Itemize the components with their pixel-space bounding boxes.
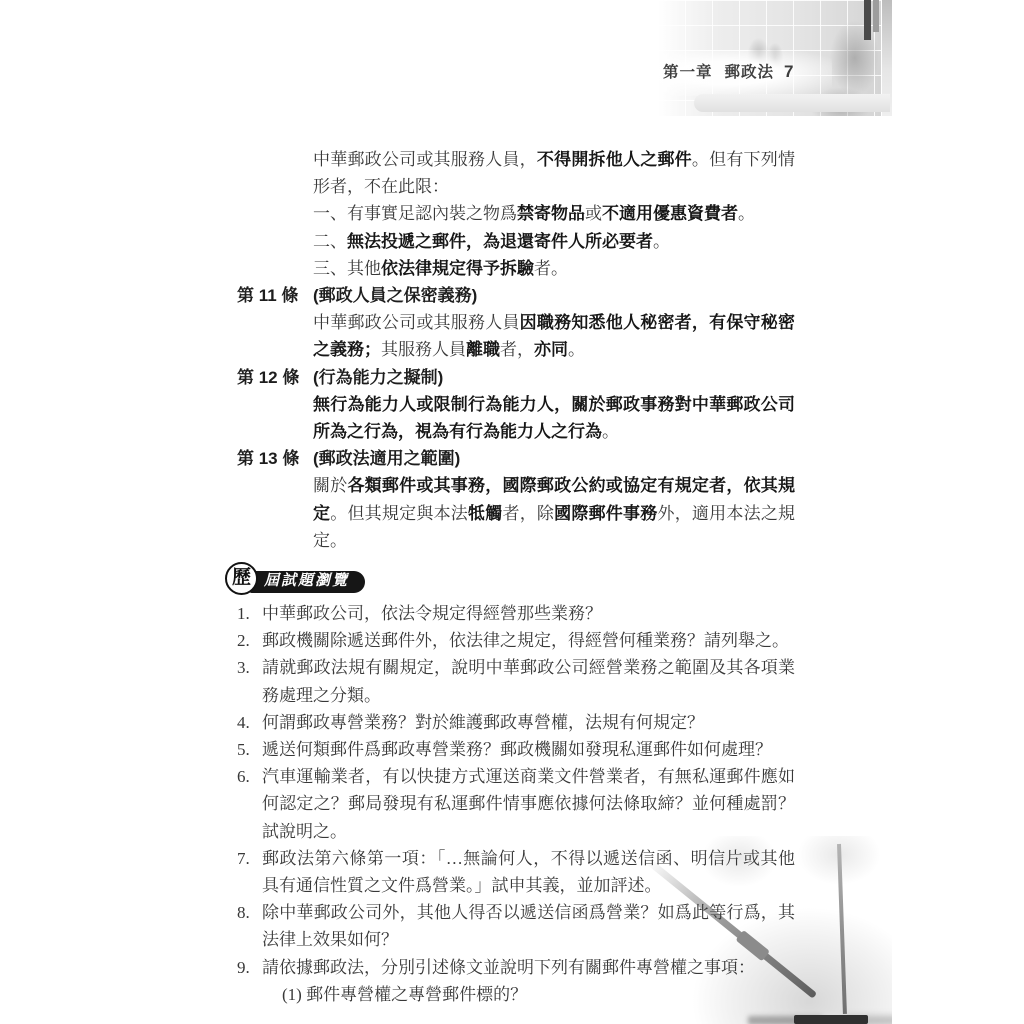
article-13-text: 關於各類郵件或其事務，國際郵政公約或協定有規定者，依其規定。但其規定與本法牴觸者…: [313, 472, 795, 554]
badge-label: 屆試題瀏覽: [249, 571, 365, 593]
article-12-text: 無行為能力人或限制行為能力人，關於郵政事務對中華郵政公司所為之行為，視為有行為能…: [313, 391, 795, 445]
article-10-item-2: 二、無法投遞之郵件，為退還寄件人所必要者。: [313, 228, 795, 255]
question-item: 4.何謂郵政專營業務？對於維護郵政專營權，法規有何規定？: [237, 709, 795, 736]
question-text: 何謂郵政專營業務？對於維護郵政專營權，法規有何規定？: [262, 709, 795, 736]
question-text: 郵政法第六條第一項：「…無論何人，不得以遞送信函、明信片或其他具有通信性質之文件…: [262, 845, 795, 899]
chapter-title: 郵政法: [725, 64, 775, 81]
badge-circle-icon: 歷: [225, 562, 258, 595]
article-11-body: (郵政人員之保密義務) 中華郵政公司或其服務人員因職務知悉他人秘密者，有保守秘密…: [313, 282, 795, 364]
question-number: 9.: [237, 954, 262, 1008]
article-10-continuation: 中華郵政公司或其服務人員，不得開拆他人之郵件。但有下列情形者，不在此限：: [313, 146, 795, 200]
body-text: 中華郵政公司或其服務人員，: [313, 150, 537, 169]
question-item: 8.除中華郵政公司外，其他人得否以遞送信函爲營業？如爲此等行爲，其法律上效果如何…: [237, 899, 795, 953]
question-item: 3.請就郵政法規有關規定，說明中華郵政公司經營業務之範圍及其各項業務處理之分類。: [237, 654, 795, 708]
body-text: 者。: [534, 259, 568, 278]
emphasis-text: 離職: [466, 340, 500, 359]
emphasis-text: 國際郵件事務: [554, 504, 657, 523]
article-12-title: (行為能力之擬制): [313, 364, 795, 391]
body-text: 中華郵政公司或其服務人員: [313, 313, 520, 332]
header-gray-band: [694, 94, 890, 112]
question-subitem: (1) 郵件專營權之專營郵件標的？: [282, 981, 795, 1008]
body-text: 三、其他: [313, 259, 381, 278]
emphasis-text: 無法投遞之郵件，為退還寄件人所必要者: [347, 232, 653, 251]
question-text: 郵政機關除遞送郵件外，依法律之規定，得經營何種業務？請列舉之。: [262, 627, 795, 654]
question-number: 5.: [237, 736, 262, 763]
article-11: 第 11 條 (郵政人員之保密義務) 中華郵政公司或其服務人員因職務知悉他人秘密…: [237, 282, 795, 364]
corner-bar-mid: [873, 0, 879, 32]
emphasis-text: 不適用優惠資費者: [602, 204, 738, 223]
body-text: 其服務人員: [381, 340, 466, 359]
question-number: 6.: [237, 763, 262, 845]
article-13-label: 第 13 條: [237, 445, 313, 554]
body-text: 。: [653, 232, 670, 251]
article-11-text: 中華郵政公司或其服務人員因職務知悉他人秘密者，有保守秘密之義務；其服務人員離職者…: [313, 309, 795, 363]
article-10-item-1: 一、有事實足認內裝之物爲禁寄物品或不適用優惠資費者。: [313, 200, 795, 227]
question-item: 6.汽車運輸業者，有以快捷方式運送商業文件營業者，有無私運郵件應如何認定之？郵局…: [237, 763, 795, 845]
question-text: 請依據郵政法，分別引述條文並說明下列有關郵件專營權之事項：(1) 郵件專營權之專…: [262, 954, 795, 1008]
article-13-title: (郵政法適用之範圍): [313, 445, 795, 472]
chapter-label: 第一章: [663, 64, 713, 81]
question-number: 4.: [237, 709, 262, 736]
article-13: 第 13 條 (郵政法適用之範圍) 關於各類郵件或其事務，國際郵政公約或協定有規…: [237, 445, 795, 554]
question-list: 1.中華郵政公司，依法令規定得經營那些業務？2.郵政機關除遞送郵件外，依法律之規…: [237, 600, 795, 1008]
question-number: 7.: [237, 845, 262, 899]
article-11-title: (郵政人員之保密義務): [313, 282, 795, 309]
body-text: 關於: [313, 476, 347, 495]
body-text: 。但其規定與本法: [330, 504, 468, 523]
page-number: 7: [784, 62, 793, 81]
body-text: 者，: [500, 340, 534, 359]
running-head: 第一章郵政法7: [663, 60, 794, 82]
body-text: 。: [738, 204, 755, 223]
book-page: 第一章郵政法7 中華郵政公司或其服務人員，不得開拆他人之郵件。但有下列情形者，不…: [0, 0, 1024, 1024]
question-text: 請就郵政法規有關規定，說明中華郵政公司經營業務之範圍及其各項業務處理之分類。: [262, 654, 795, 708]
body-text: 一、有事實足認內裝之物爲: [313, 204, 517, 223]
emphasis-text: 依法律規定得予拆驗: [381, 259, 534, 278]
emphasis-text: 禁寄物品: [517, 204, 585, 223]
question-number: 3.: [237, 654, 262, 708]
question-text: 遞送何類郵件爲郵政專營業務？郵政機關如發現私運郵件如何處理？: [262, 736, 795, 763]
article-12-body: (行為能力之擬制) 無行為能力人或限制行為能力人，關於郵政事務對中華郵政公司所為…: [313, 364, 795, 446]
question-number: 8.: [237, 899, 262, 953]
corner-bar-dark: [864, 0, 871, 40]
body-text: 或: [585, 204, 602, 223]
question-number: 1.: [237, 600, 262, 627]
question-item: 7.郵政法第六條第一項：「…無論何人，不得以遞送信函、明信片或其他具有通信性質之…: [237, 845, 795, 899]
body-text: 。: [568, 340, 585, 359]
page-content: 中華郵政公司或其服務人員，不得開拆他人之郵件。但有下列情形者，不在此限： 一、有…: [237, 146, 795, 1008]
article-12-label: 第 12 條: [237, 364, 313, 446]
body-text: 。: [602, 422, 619, 441]
question-item: 5.遞送何類郵件爲郵政專營業務？郵政機關如發現私運郵件如何處理？: [237, 736, 795, 763]
question-item: 2.郵政機關除遞送郵件外，依法律之規定，得經營何種業務？請列舉之。: [237, 627, 795, 654]
compass-pivot: [794, 1015, 868, 1024]
emphasis-text: 亦同: [534, 340, 568, 359]
question-text: 汽車運輸業者，有以快捷方式運送商業文件營業者，有無私運郵件應如何認定之？郵局發現…: [262, 763, 795, 845]
emphasis-text: 無行為能力人或限制行為能力人，關於郵政事務對中華郵政公司所為之行為，視為有行為能…: [313, 395, 795, 441]
article-13-body: (郵政法適用之範圍) 關於各類郵件或其事務，國際郵政公約或協定有規定者，依其規定…: [313, 445, 795, 554]
question-text: 中華郵政公司，依法令規定得經營那些業務？: [262, 600, 795, 627]
question-number: 2.: [237, 627, 262, 654]
emphasis-text: 牴觸: [468, 504, 502, 523]
question-item: 1.中華郵政公司，依法令規定得經營那些業務？: [237, 600, 795, 627]
question-item: 9.請依據郵政法，分別引述條文並說明下列有關郵件專營權之事項：(1) 郵件專營權…: [237, 954, 795, 1008]
article-11-label: 第 11 條: [237, 282, 313, 364]
emphasis-text: 不得開拆他人之郵件: [537, 150, 692, 169]
body-text: 二、: [313, 232, 347, 251]
past-exam-badge: 歷 屆試題瀏覽: [225, 560, 795, 596]
article-12: 第 12 條 (行為能力之擬制) 無行為能力人或限制行為能力人，關於郵政事務對中…: [237, 364, 795, 446]
article-10-item-3: 三、其他依法律規定得予拆驗者。: [313, 255, 795, 282]
body-text: 者，除: [502, 504, 554, 523]
question-text: 除中華郵政公司外，其他人得否以遞送信函爲營業？如爲此等行爲，其法律上效果如何？: [262, 899, 795, 953]
